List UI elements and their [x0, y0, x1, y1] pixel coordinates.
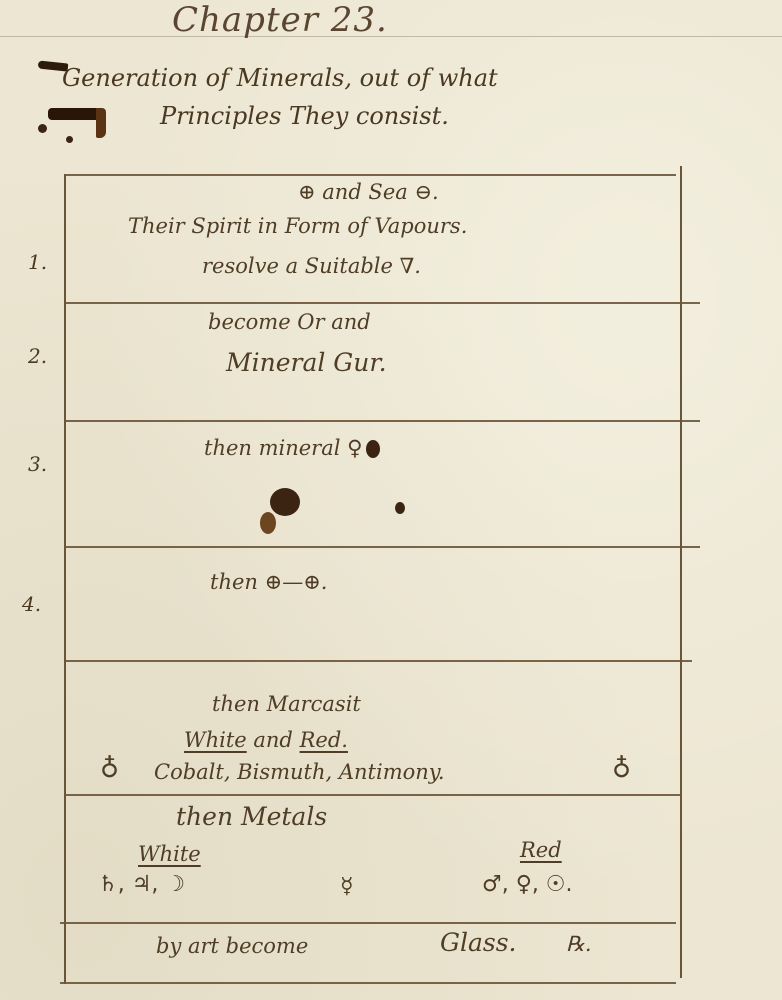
row-7-prefix: by art become [156, 934, 308, 958]
row-divider-5 [64, 794, 680, 796]
ink-blot-small [395, 502, 405, 514]
row-1-line-3: resolve a Suitable ∇. [202, 254, 421, 278]
white-metals-label: White [138, 842, 201, 866]
red-metals-symbols: ♂, ♀, ☉. [482, 872, 573, 897]
ink-blot [366, 440, 380, 458]
table-right-border [680, 166, 682, 978]
row-divider-2 [64, 420, 700, 422]
row-number-3: 3. [28, 452, 47, 476]
red-label: Red. [300, 728, 348, 752]
ink-blot-drip [260, 512, 276, 534]
row-number-1: 1. [28, 250, 47, 274]
row-divider-3 [64, 546, 700, 548]
page-ruled-line [0, 36, 782, 37]
table-bottom-border [60, 982, 676, 984]
white-metals-symbols: ♄, ♃, ☽ [98, 872, 185, 897]
mercury-symbol: ☿ [340, 874, 354, 899]
row-2-line-1: become Or and [208, 310, 371, 334]
row-divider-1 [64, 302, 700, 304]
row-number-2: 2. [28, 344, 47, 368]
chapter-title: Chapter 23. [172, 0, 388, 40]
row-5-colors: White and Red. [184, 728, 348, 752]
antimony-symbol-left: ♁ [100, 754, 119, 784]
row-3-line-1: then mineral ♀ [204, 436, 362, 460]
row-4-line-1: then ⊕—⊕. [210, 570, 327, 594]
row-number-4: 4. [22, 592, 41, 616]
row-1-line-1: ⊕ and Sea ⊖. [298, 180, 439, 204]
ink-dot [38, 124, 47, 133]
row-divider-4 [64, 660, 692, 662]
and-label: and [253, 728, 293, 752]
row-6-line-1: then Metals [176, 802, 327, 831]
recipe-symbol: ℞. [566, 932, 592, 956]
chapter-subtitle-line-1: Generation of Minerals, out of what [62, 64, 498, 92]
white-label: White [184, 728, 247, 752]
ink-dot [66, 136, 73, 143]
row-2-line-2: Mineral Gur. [226, 348, 387, 377]
row-divider-6 [60, 922, 676, 924]
table-top-border [64, 174, 676, 176]
table-left-border [64, 174, 66, 984]
row-5-line-3: Cobalt, Bismuth, Antimony. [154, 760, 445, 784]
glass-word: Glass. [440, 928, 516, 957]
red-metals-label: Red [520, 838, 562, 862]
ink-bracket-tail [96, 108, 106, 138]
manuscript-page: Chapter 23. Generation of Minerals, out … [0, 0, 782, 1000]
row-5-line-1: then Marcasit [212, 692, 361, 716]
ink-blot-large [270, 488, 300, 516]
row-1-line-2: Their Spirit in Form of Vapours. [128, 214, 467, 238]
chapter-subtitle-line-2: Principles They consist. [160, 102, 449, 130]
antimony-symbol-right: ♁ [612, 754, 631, 784]
